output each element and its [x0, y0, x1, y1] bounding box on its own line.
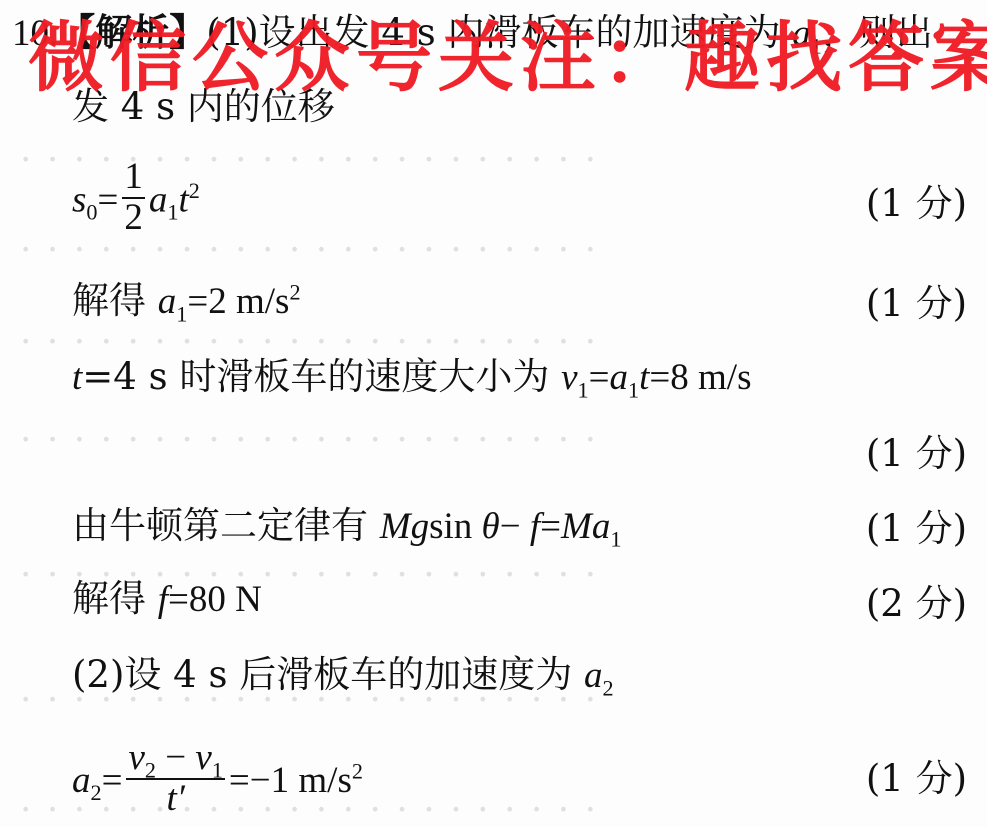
solve-a1-line: 解得 a1=2 m/s2 — [72, 282, 301, 320]
var-sub: 2 — [602, 675, 613, 700]
result-value: =−1 m/s — [229, 760, 352, 801]
var-t: t — [178, 179, 188, 220]
var-a: a — [584, 655, 603, 696]
newton-prefix: 由牛顿第二定律有 — [72, 504, 380, 547]
fraction-denominator: 2 — [122, 199, 145, 238]
a2-equation: a2=v2 − v1t′=−1 m/s2 — [72, 742, 363, 823]
exponent: 2 — [189, 178, 200, 203]
var-v: v — [561, 357, 577, 398]
minus-sign: − — [156, 737, 195, 778]
score-label: (1 分) — [866, 510, 967, 547]
velocity-line: t=4 s 时滑板车的速度大小为 v1=a1t=8 m/s — [72, 358, 751, 396]
displacement-equation: s0=12a1t2 — [72, 162, 200, 242]
var-M: M — [380, 506, 411, 547]
var-sub: 1 — [212, 757, 223, 782]
fraction-denominator: t′ — [126, 780, 224, 819]
minus-sign: − — [500, 506, 530, 547]
result-value: =2 m/s — [187, 281, 289, 322]
watermark-text: 微信公众号关注：趣找答案 — [28, 20, 987, 96]
var-sub: 1 — [628, 377, 639, 402]
bleed-through-text: · · · · · · · · · · · · · · · · · · · · … — [20, 420, 598, 461]
var-a: a — [72, 760, 91, 801]
var-theta: θ — [482, 506, 500, 547]
result-value: =80 N — [168, 579, 262, 620]
score-label: (1 分) — [866, 185, 967, 222]
var-a: a — [149, 179, 168, 220]
var-f: f — [530, 506, 540, 547]
result-value: =8 m/s — [649, 357, 751, 398]
var-t: t — [639, 357, 649, 398]
equals-sign: = — [540, 506, 561, 547]
var-sub: 0 — [86, 200, 97, 225]
fraction-one-half: 12 — [122, 158, 145, 238]
fraction-numerator: 1 — [122, 158, 145, 199]
var-sub: 2 — [145, 757, 156, 782]
score-label: (1 分) — [866, 435, 967, 472]
var-v: v — [195, 737, 211, 778]
fraction-delta-v-over-t: v2 − v1t′ — [126, 738, 224, 819]
part2-intro-text: (2)设 4 s 后滑板车的加速度为 — [72, 653, 584, 696]
var-a: a — [592, 506, 611, 547]
solve-prefix: 解得 — [72, 279, 158, 322]
equals-sign: = — [102, 760, 123, 801]
sin-func: sin — [429, 506, 481, 547]
scanned-answer-page: · · · · · · · · · · · · · · · · · · · · … — [0, 0, 987, 827]
solve-f-line: 解得 f=80 N — [72, 580, 262, 618]
var-a: a — [158, 281, 177, 322]
exponent: 2 — [289, 280, 300, 305]
fraction-numerator: v2 − v1 — [126, 738, 224, 780]
score-label: (1 分) — [866, 285, 967, 322]
var-v: v — [128, 737, 144, 778]
score-label: (1 分) — [866, 760, 967, 797]
newton-law-line: 由牛顿第二定律有 Mgsin θ− f=Ma1 — [72, 507, 621, 545]
part2-intro-line: (2)设 4 s 后滑板车的加速度为 a2 — [72, 656, 614, 694]
velocity-text: =4 s 时滑板车的速度大小为 — [82, 355, 561, 398]
var-sub: 1 — [610, 526, 621, 551]
score-label: (2 分) — [866, 585, 967, 622]
var-sub: 1 — [167, 200, 178, 225]
var-a: a — [610, 357, 629, 398]
var-t: t — [72, 357, 82, 398]
equals-sign: = — [98, 179, 119, 220]
var-s: s — [72, 179, 86, 220]
var-sub: 2 — [91, 780, 102, 805]
equals-sign: = — [589, 357, 610, 398]
exponent: 2 — [352, 759, 363, 784]
var-sub: 1 — [578, 377, 589, 402]
solve-prefix: 解得 — [72, 577, 158, 620]
var-f: f — [158, 579, 168, 620]
var-g: g — [411, 506, 430, 547]
var-M: M — [561, 506, 592, 547]
var-sub: 1 — [176, 301, 187, 326]
